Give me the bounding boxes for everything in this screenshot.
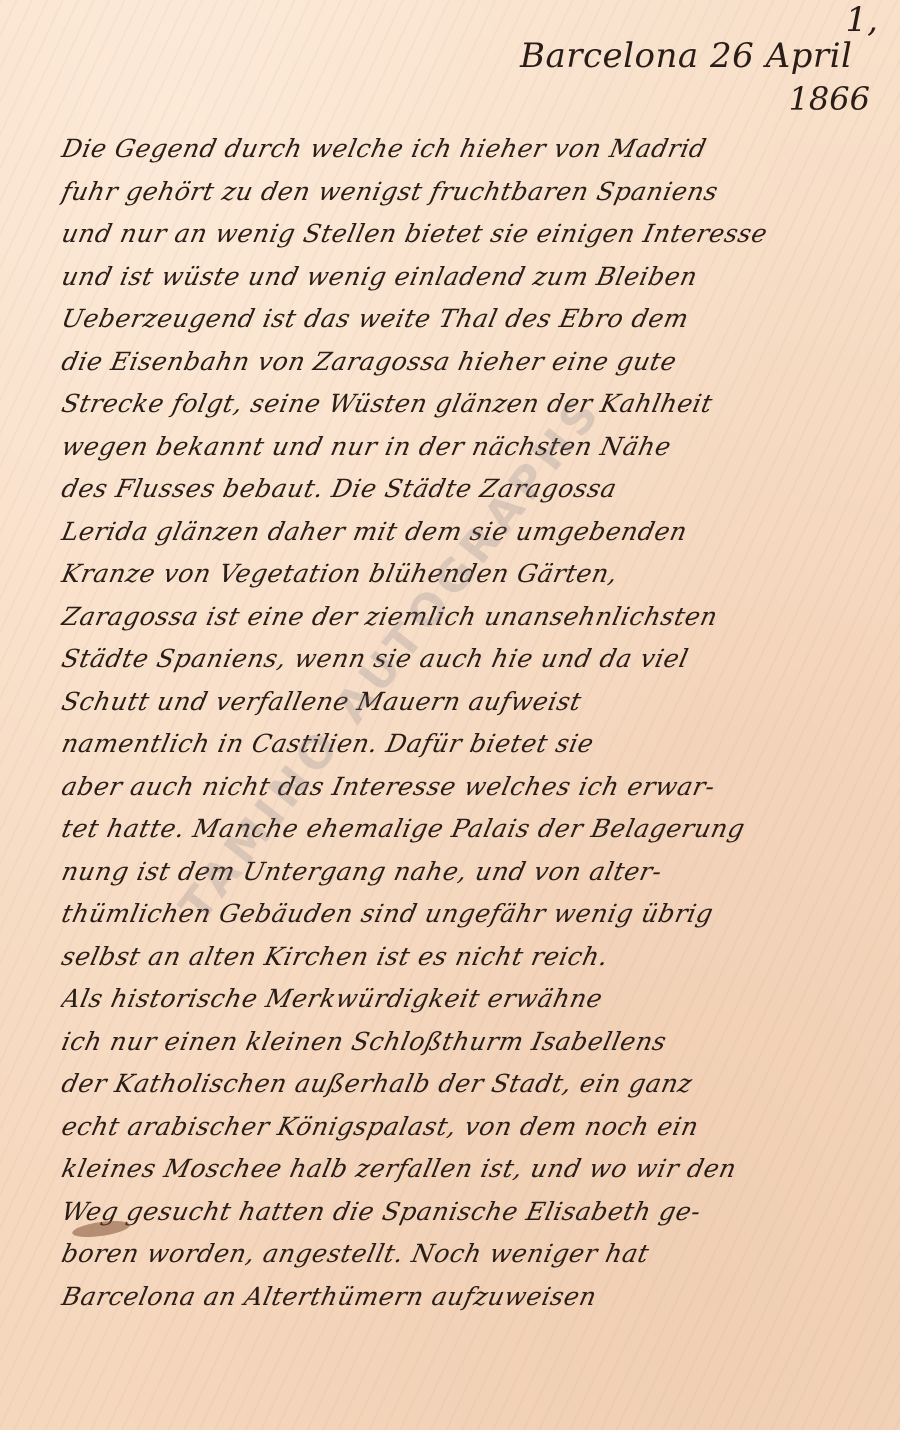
text-line: echt arabischer Königspalast, von dem no… (57, 1106, 876, 1149)
text-line: der Katholischen außerhalb der Stadt, ei… (57, 1063, 876, 1106)
text-line: kleines Moschee halb zerfallen ist, und … (57, 1148, 876, 1191)
text-line: Barcelona an Alterthümern aufzuweisen (57, 1276, 876, 1319)
text-line: wegen bekannt und nur in der nächsten Nä… (57, 426, 876, 469)
text-line: und nur an wenig Stellen bietet sie eini… (57, 213, 876, 256)
letter-place-date: Barcelona 26 April (520, 36, 852, 76)
text-line: des Flusses bebaut. Die Städte Zaragossa (57, 468, 876, 511)
text-line: ich nur einen kleinen Schloßthurm Isabel… (57, 1021, 876, 1064)
text-line: fuhr gehört zu den wenigst fruchtbaren S… (57, 171, 876, 214)
letter-year: 1866 (789, 80, 870, 118)
page-number: 1, (846, 0, 878, 40)
text-line: selbst an alten Kirchen ist es nicht rei… (57, 936, 876, 979)
text-line: Ueberzeugend ist das weite Thal des Ebro… (57, 298, 876, 341)
text-line: tet hatte. Manche ehemalige Palais der B… (57, 808, 876, 851)
letter-body: Die Gegend durch welche ich hieher von M… (62, 128, 872, 1318)
text-line: die Eisenbahn von Zaragossa hieher eine … (57, 341, 876, 384)
text-line: Die Gegend durch welche ich hieher von M… (57, 128, 876, 171)
text-line: und ist wüste und wenig einladend zum Bl… (57, 256, 876, 299)
text-line: boren worden, angestellt. Noch weniger h… (57, 1233, 876, 1276)
text-line: Weg gesucht hatten die Spanische Elisabe… (57, 1191, 876, 1234)
text-line: aber auch nicht das Interesse welches ic… (57, 766, 876, 809)
text-line: namentlich in Castilien. Dafür bietet si… (57, 723, 876, 766)
text-line: Schutt und verfallene Mauern aufweist (57, 681, 876, 724)
text-line: Strecke folgt, seine Wüsten glänzen der … (57, 383, 876, 426)
text-line: Städte Spaniens, wenn sie auch hie und d… (57, 638, 876, 681)
text-line: Als historische Merkwürdigkeit erwähne (57, 978, 876, 1021)
